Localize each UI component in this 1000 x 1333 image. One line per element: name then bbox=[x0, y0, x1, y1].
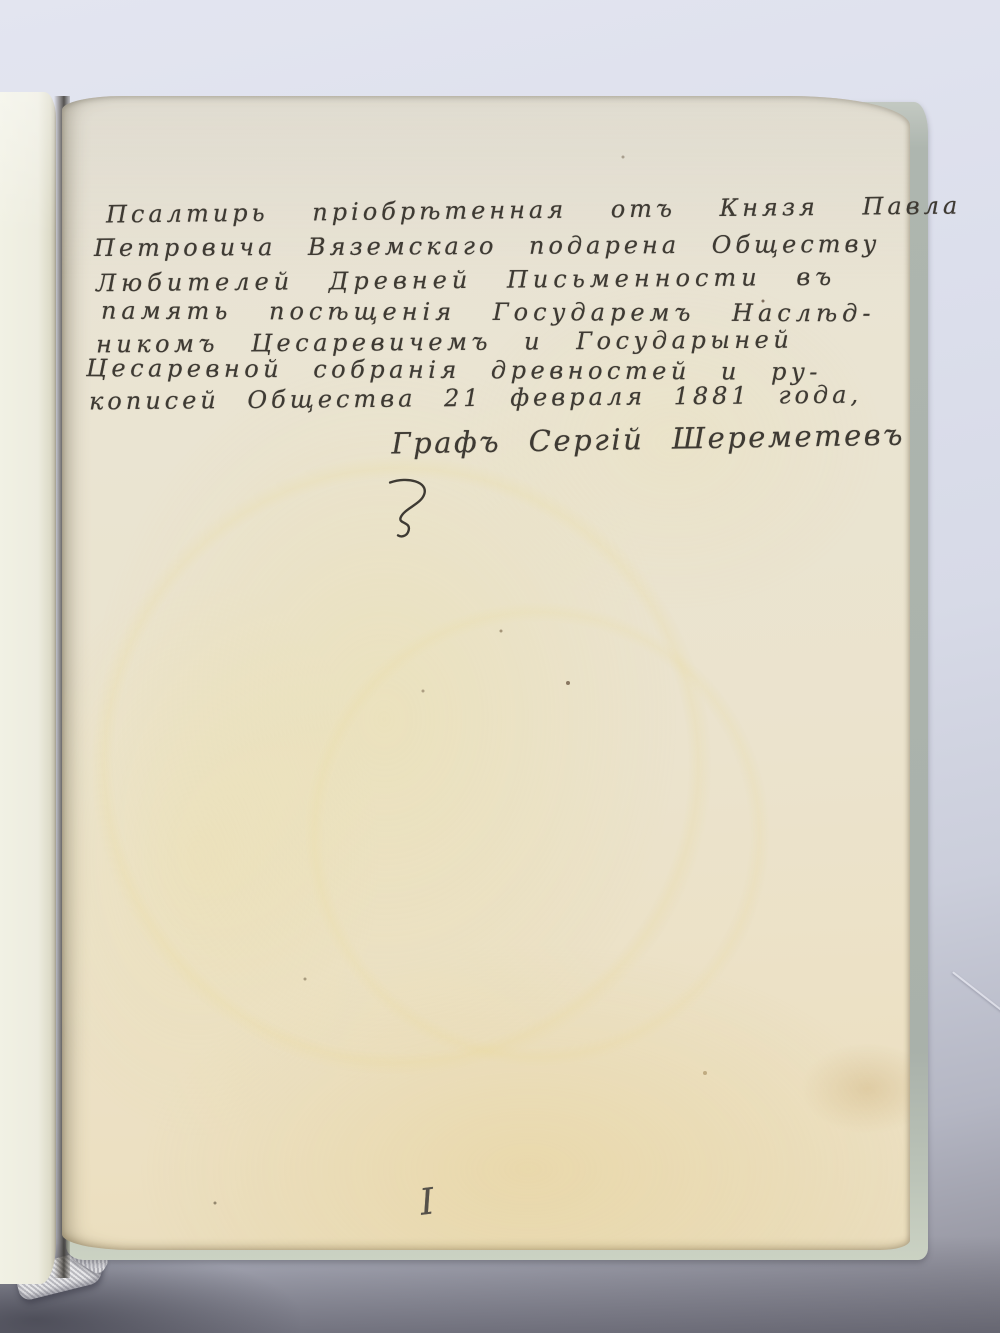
photo-of-open-book: Псалтирь пріобрѣтенная отъ Князя Павла П… bbox=[0, 0, 1000, 1333]
inscription-line-7: кописей Общества 21 февраля 1881 года, bbox=[89, 381, 862, 416]
inscription-line-3: Любителей Древней Письменности въ bbox=[96, 263, 836, 297]
manuscript-page: Псалтирь пріобрѣтенная отъ Князя Павла П… bbox=[62, 96, 910, 1250]
inscription-line-5: никомъ Цесаревичемъ и Государыней bbox=[96, 326, 793, 359]
page-number-numeral: I bbox=[418, 1181, 437, 1223]
left-flyleaf-edge bbox=[0, 92, 56, 1284]
inscription-line-4: память посѣщенія Государемъ Наслѣд- bbox=[101, 297, 876, 328]
signature-row: Графъ Сергій Шереметевъ bbox=[391, 417, 911, 530]
inscription-line-2: Петровича Вяземскаго подарена Обществу bbox=[94, 230, 881, 262]
background-crease bbox=[952, 971, 1000, 1046]
signature-flourish-icon bbox=[388, 474, 441, 541]
paper-specks bbox=[62, 96, 64, 98]
inscription-line-1: Псалтирь пріобрѣтенная отъ Князя Павла bbox=[106, 192, 962, 229]
signature: Графъ Сергій Шереметевъ bbox=[391, 418, 905, 461]
